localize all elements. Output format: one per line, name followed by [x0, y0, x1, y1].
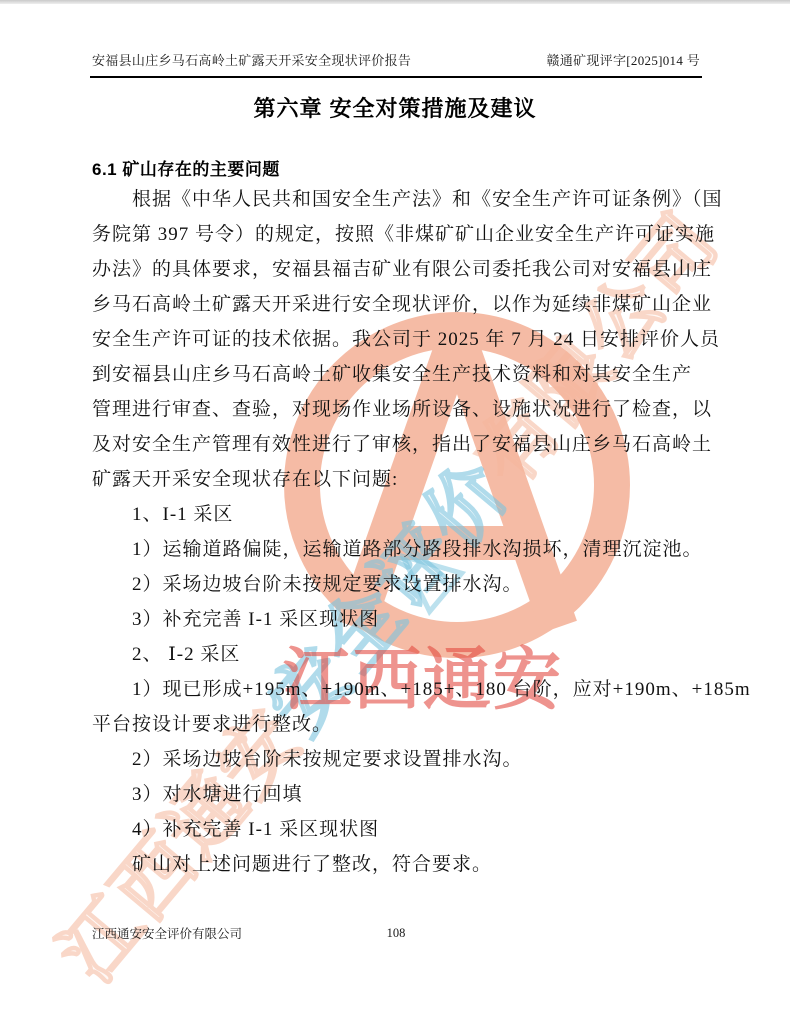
body-line: 3）补充完善 I-1 采区现状图 — [92, 602, 706, 637]
body-line: 2）采场边坡台阶未按规定要求设置排水沟。 — [92, 567, 706, 602]
header-report-title: 安福县山庄乡马石高岭土矿露天开采安全现状评价报告 — [92, 50, 411, 69]
body-text: 根据《中华人民共和国安全生产法》和《安全生产许可证条例》（国务院第 397 号令… — [92, 182, 706, 882]
body-line: 办法》的具体要求，安福县福吉矿业有限公司委托我公司对安福县山庄 — [92, 252, 706, 287]
page-header: 安福县山庄乡马石高岭土矿露天开采安全现状评价报告 赣通矿现评字[2025]014… — [92, 50, 700, 69]
body-line: 平台按设计要求进行整改。 — [92, 707, 706, 742]
body-line: 乡马石高岭土矿露天开采进行安全现状评价，以作为延续非煤矿山企业 — [92, 287, 706, 322]
document-page: 江西通安安全评价有限公司 江西通安 安福县山庄乡马石高岭土矿露天开采安全现状评价… — [0, 0, 790, 1022]
body-line: 矿露天开采安全现状存在以下问题: — [92, 462, 706, 497]
page-content: 安福县山庄乡马石高岭土矿露天开采安全现状评价报告 赣通矿现评字[2025]014… — [0, 0, 790, 1022]
body-line: 3）对水塘进行回填 — [92, 777, 706, 812]
header-document-number: 赣通矿现评字[2025]014 号 — [546, 50, 700, 69]
body-line: 4）补充完善 I-1 采区现状图 — [92, 812, 706, 847]
body-line: 1）现已形成+195m、+190m、+185+、180 台阶，应对+190m、+… — [92, 672, 706, 707]
body-line: 及对安全生产管理有效性进行了审核，指出了安福县山庄乡马石高岭土 — [92, 427, 706, 462]
body-line: 1、I-1 采区 — [92, 497, 706, 532]
body-line: 矿山对上述问题进行了整改，符合要求。 — [92, 847, 706, 882]
body-line: 安全生产许可证的技术依据。我公司于 2025 年 7 月 24 日安排评价人员 — [92, 322, 706, 357]
body-line: 2）采场边坡台阶未按规定要求设置排水沟。 — [92, 742, 706, 777]
body-line: 2、 Ⅰ-2 采区 — [92, 637, 706, 672]
footer-page-number: 108 — [92, 926, 700, 941]
body-line: 管理进行审查、查验，对现场作业场所设备、设施状况进行了检查，以 — [92, 392, 706, 427]
header-rule — [90, 76, 702, 78]
body-line: 务院第 397 号令）的规定，按照《非煤矿矿山企业安全生产许可证实施 — [92, 217, 706, 252]
chapter-title: 第六章 安全对策措施及建议 — [0, 92, 790, 123]
body-line: 根据《中华人民共和国安全生产法》和《安全生产许可证条例》（国 — [92, 182, 706, 217]
body-line: 到安福县山庄乡马石高岭土矿收集安全生产技术资料和对其安全生产 — [92, 357, 706, 392]
body-line: 1）运输道路偏陡，运输道路部分路段排水沟损坏，清理沉淀池。 — [92, 532, 706, 567]
section-heading: 6.1 矿山存在的主要问题 — [92, 155, 280, 180]
